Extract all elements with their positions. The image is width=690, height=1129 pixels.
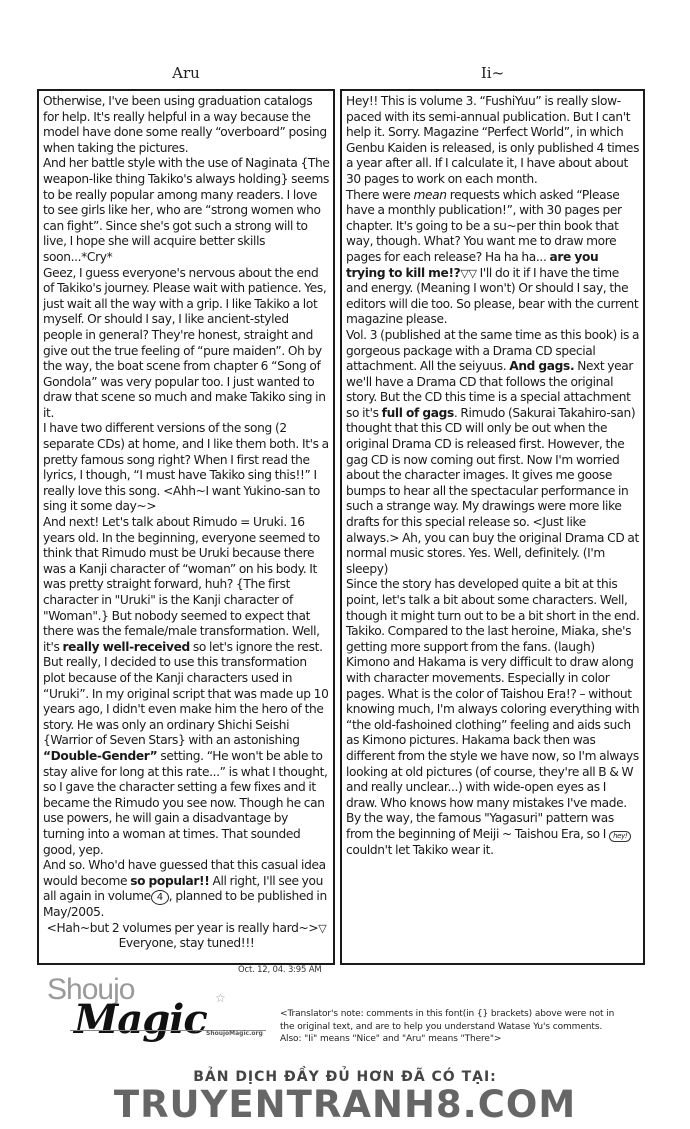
hey-speech-bubble-icon: hey! [609, 831, 631, 842]
logo-line-magic: Magic [74, 998, 207, 1042]
translator-note-line: the original text, and are to help you u… [280, 1021, 690, 1034]
translator-note-line: <Translator's note: comments in this fon… [280, 1008, 690, 1021]
circled-volume-number: 4 [151, 890, 169, 905]
left-paragraph: Geez, I guess everyone's nervous about t… [43, 266, 330, 422]
left-text-box: Otherwise, I've been using graduation ca… [37, 89, 335, 965]
right-paragraph: Vol. 3 (published at the same time as th… [346, 328, 640, 578]
right-paragraph: There were mean requests which asked “Pl… [346, 188, 640, 328]
promo-site-watermark: TRUYENTRANH8.COM [0, 1083, 690, 1127]
right-text-box: Hey!! This is volume 3. “FushiYuu” is re… [340, 89, 645, 965]
translator-note-line: Also: "Ii" means "Nice" and "Aru" means … [280, 1033, 690, 1046]
left-paragraph: And so. Who'd have guessed that this cas… [43, 858, 330, 921]
bold-emphasis: so popular!! [130, 874, 209, 888]
timestamp: Oct. 12, 04. 3:95 AM [238, 965, 321, 975]
bold-emphasis: And gags. [509, 359, 574, 373]
crying-face-icon: ▽ [318, 922, 326, 935]
closing-line: <Hah~but 2 volumes per year is really ha… [43, 921, 330, 937]
closing-line: Everyone, stay tuned!!! [43, 936, 330, 952]
bold-emphasis: “Double-Gender” [43, 749, 157, 763]
left-column-title: Aru [37, 64, 335, 82]
right-paragraph: Since the story has developed quite a bi… [346, 577, 640, 624]
left-paragraph: Otherwise, I've been using graduation ca… [43, 94, 330, 156]
right-column-title: Ii~ [340, 64, 645, 82]
bold-emphasis: really well-received [63, 640, 190, 654]
right-paragraph: Takiko. Compared to the last heroine, Mi… [346, 624, 640, 655]
translator-note: <Translator's note: comments in this fon… [280, 1008, 690, 1046]
left-paragraph: And next! Let's talk about Rimudo = Uruk… [43, 515, 330, 858]
left-paragraph: I have two different versions of the son… [43, 421, 330, 515]
right-paragraph: Kimono and Hakama is very difficult to d… [346, 655, 640, 858]
left-paragraph: And her battle style with the use of Nag… [43, 156, 330, 265]
bold-emphasis: full of gags [382, 406, 454, 420]
logo-site-url: ShoujoMagic.org [206, 1030, 263, 1037]
italic-emphasis: mean [414, 188, 447, 202]
shoujo-magic-logo: Shoujo ☆ Magic ShoujoMagic.org [40, 974, 240, 1050]
right-paragraph: Hey!! This is volume 3. “FushiYuu” is re… [346, 94, 640, 188]
crying-face-icon: ▽▽ [460, 267, 476, 280]
star-icon: ☆ [215, 991, 226, 1005]
